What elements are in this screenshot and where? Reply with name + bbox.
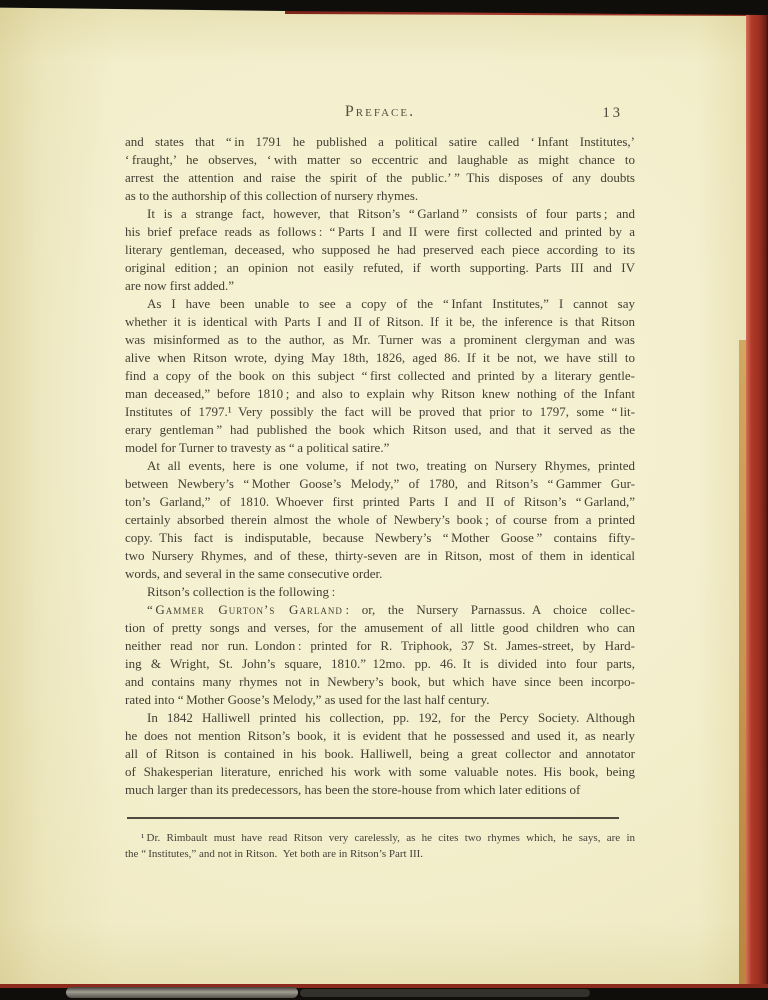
text-line: find a copy of the book on this subject … xyxy=(125,367,635,385)
paragraph: It is a strange fact, however, that Rits… xyxy=(125,205,635,295)
footnote-block: ¹ Dr. Rimbault must have read Ritson ver… xyxy=(125,830,635,862)
text-line: was misinformed as to the author, as Mr.… xyxy=(125,331,635,349)
text-line: In 1842 Halliwell printed his collection… xyxy=(125,709,635,727)
text-line: he does not mention Ritson’s book, it is… xyxy=(125,727,635,745)
text-line: original edition ; an opinion not easily… xyxy=(125,259,635,277)
text-line: between Newbery’s “ Mother Goose’s Melod… xyxy=(125,475,635,493)
text-line: and states that “ in 1791 he published a… xyxy=(125,133,635,151)
text-line: words, and several in the same consecuti… xyxy=(125,565,635,583)
text-run: : or, the Nursery Parnassus. A choice co… xyxy=(343,602,635,617)
text-line: much larger than its predecessors, has b… xyxy=(125,781,635,799)
text-line: ing & Wright, St. John’s square, 1810.” … xyxy=(125,655,635,673)
text-line: “ Gammer Gurton’s Garland : or, the Nurs… xyxy=(125,601,635,619)
book-right-cover-edge xyxy=(746,10,768,1000)
paragraph: “ Gammer Gurton’s Garland : or, the Nurs… xyxy=(125,601,635,709)
text-line: the “ Institutes,” and not in Ritson. Ye… xyxy=(125,846,635,862)
text-line: copy. This fact is indisputable, because… xyxy=(125,529,635,547)
header-title: Preface. xyxy=(125,103,635,121)
page-stack-edge-secondary xyxy=(300,989,590,997)
text-line: of Shakesperian literature, enriched his… xyxy=(125,763,635,781)
page-number: 13 xyxy=(603,105,624,122)
text-line: erary gentleman ” had published the book… xyxy=(125,421,635,439)
text-line: Ritson’s collection is the following : xyxy=(125,583,635,601)
text-line: It is a strange fact, however, that Rits… xyxy=(125,205,635,223)
text-line: tion of pretty songs and verses, for the… xyxy=(125,619,635,637)
text-line: literary gentleman, deceased, who suppos… xyxy=(125,241,635,259)
text-line: man deceased,” before 1810 ; and also to… xyxy=(125,385,635,403)
text-line: certainly absorbed therein almost the wh… xyxy=(125,511,635,529)
text-line: whether it is identical with Parts I and… xyxy=(125,313,635,331)
text-line: alive when Ritson wrote, dying May 18th,… xyxy=(125,349,635,367)
smallcaps-run: Gammer Gurton’s Garland xyxy=(155,602,343,617)
page-header: Preface. 13 xyxy=(125,103,635,127)
text-line: ¹ Dr. Rimbault must have read Ritson ver… xyxy=(125,830,635,846)
paragraph: In 1842 Halliwell printed his collection… xyxy=(125,709,635,799)
text-block: and states that “ in 1791 he published a… xyxy=(125,133,635,799)
text-line: As I have been unable to see a copy of t… xyxy=(125,295,635,313)
paragraph: At all events, here is one volume, if no… xyxy=(125,457,635,583)
text-line: are now first added.” xyxy=(125,277,635,295)
footnote-rule xyxy=(127,817,619,819)
text-line: neither read nor run. London : printed f… xyxy=(125,637,635,655)
text-line: two Nursery Rhymes, and of these, thirty… xyxy=(125,547,635,565)
text-line: ton’s Garland,” of 1810. Whoever first p… xyxy=(125,493,635,511)
text-line: his brief preface reads as follows : “ P… xyxy=(125,223,635,241)
paragraph: Ritson’s collection is the following : xyxy=(125,583,635,601)
text-line: Institutes of 1797.¹ Very possibly the f… xyxy=(125,403,635,421)
page-stack-edge xyxy=(66,987,298,998)
paragraph: As I have been unable to see a copy of t… xyxy=(125,295,635,457)
text-line: At all events, here is one volume, if no… xyxy=(125,457,635,475)
text-line: as to the authorship of this collection … xyxy=(125,187,635,205)
scanned-book-photo: Preface. 13 and states that “ in 1791 he… xyxy=(0,0,768,1000)
text-line: all of Ritson is contained in his book. … xyxy=(125,745,635,763)
text-line: model for Turner to travesty as “ a poli… xyxy=(125,439,635,457)
text-line: and contains many rhymes not in Newbery’… xyxy=(125,673,635,691)
paragraph: and states that “ in 1791 he published a… xyxy=(125,133,635,205)
text-line: arrest the attention and raise the spiri… xyxy=(125,169,635,187)
text-line: ‘ fraught,’ he observes, ‘ with matter s… xyxy=(125,151,635,169)
text-line: rated into “ Mother Goose’s Melody,” as … xyxy=(125,691,635,709)
